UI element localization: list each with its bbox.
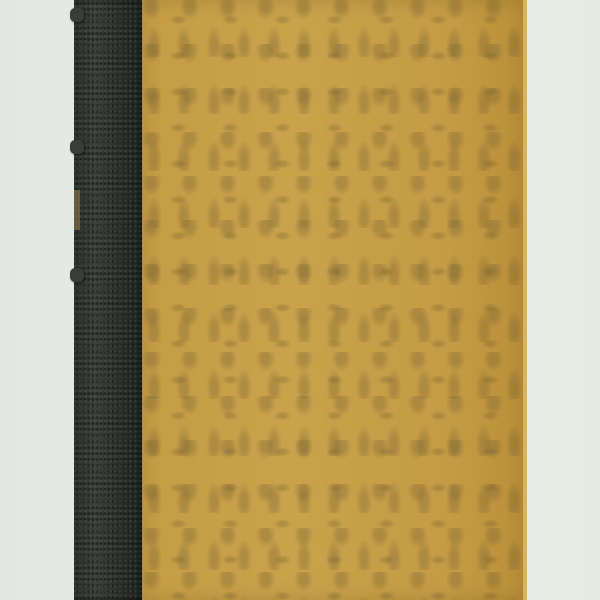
leather-spine [74,0,144,600]
spine-raised-band [70,140,84,154]
cover-edge [523,0,527,600]
marbled-cover [142,0,527,600]
spine-raised-band [70,268,84,282]
spine-gilt-label [74,190,80,230]
spine-raised-band [70,8,84,22]
book [74,0,527,600]
